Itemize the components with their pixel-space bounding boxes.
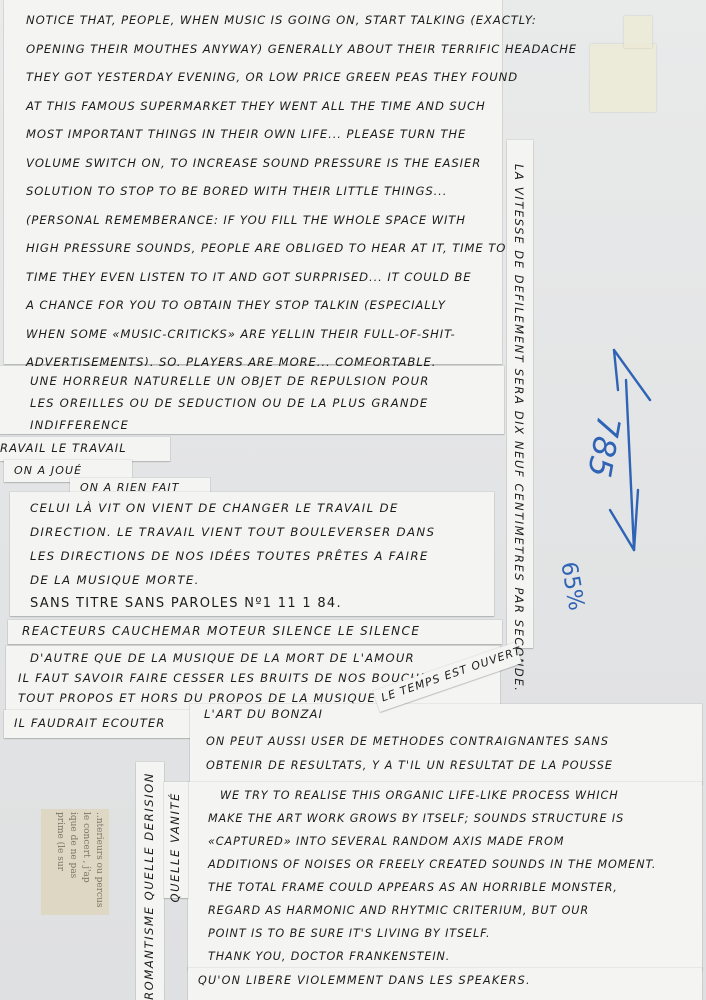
clipping-line: ique de ne pas: [66, 812, 79, 912]
text-line: les oreilles ou de seduction ou de la pl…: [30, 392, 430, 414]
tape-piece: [590, 44, 656, 112]
text-line: On peut aussi user de methodes contraign…: [206, 730, 613, 754]
speakers-text: Qu'on libere violemment dans les speaker…: [198, 974, 531, 987]
text-line: at this famous supermarket they went all…: [26, 92, 577, 121]
horreur-strip: Une horreur naturelle un objet de repuls…: [0, 366, 504, 434]
text-line: when some «music-criticks» are yellin th…: [26, 320, 577, 349]
faudrait-text: il faudrait ecouter: [14, 716, 165, 730]
annotation-percent: 65%: [555, 560, 588, 613]
main-text-strip: Notice that, people, when music is going…: [4, 0, 502, 364]
text-line: We try to realise this organic life-like…: [208, 784, 656, 807]
clipping-line: ..nterieurs ou percus: [92, 812, 105, 912]
text-line: most important things in their own life.…: [26, 120, 577, 149]
sans-titre-line: Sans titre sans paroles Nº1 11 1 84.: [30, 592, 435, 616]
travail-text: ravail le travail: [0, 441, 127, 455]
peut-text: On peut aussi user de methodes contraign…: [206, 730, 613, 778]
text-line: volume switch on, to increase sound pres…: [26, 149, 577, 178]
text-line: solution to stop to be bored with their …: [26, 177, 577, 206]
bonzai-text: L'art du bonzai: [204, 707, 323, 721]
travail-strip: ravail le travail: [0, 437, 170, 461]
text-line: point is to be sure it's living by itsel…: [208, 922, 656, 945]
text-line: Thank you, Doctor Frankenstein.: [208, 945, 656, 968]
reacteurs-strip: Reacteurs cauchemar moteur silence le si…: [8, 620, 502, 644]
text-line: de la musique morte.: [30, 568, 435, 592]
text-line: regard as harmonic and rhytmic criterium…: [208, 899, 656, 922]
speakers-strip: Qu'on libere violemment dans les speaker…: [188, 968, 702, 1000]
text-line: time they even listen to it and got surp…: [26, 263, 577, 292]
joue-text: on a joué: [14, 464, 82, 477]
text-line: obtenir de resultats, y a t'il un result…: [206, 754, 613, 778]
celui-text: Celui là vit on vient de changer le trav…: [30, 496, 435, 616]
celui-strip: Celui là vit on vient de changer le trav…: [10, 492, 494, 616]
romantisme-strip: Romantisme quelle derision: [136, 762, 164, 1000]
text-line: les directions de nos idées toutes prête…: [30, 544, 435, 568]
text-line: Une horreur naturelle un objet de repuls…: [30, 370, 430, 392]
reacteurs-text: Reacteurs cauchemar moteur silence le si…: [22, 624, 420, 638]
vanite-strip: quelle vanité: [164, 782, 188, 898]
vertical-strip-right: La vitesse de defilement sera dix neuf c…: [507, 140, 533, 648]
text-line: il faut savoir faire cesser les bruits d…: [18, 668, 451, 688]
text-line: a chance for you to obtain they stop tal…: [26, 291, 577, 320]
organic-strip: We try to realise this organic life-like…: [188, 782, 702, 970]
text-line: they got yesterday evening, or low price…: [26, 63, 577, 92]
text-line: Notice that, people, when music is going…: [26, 6, 577, 35]
text-line: (personal rememberance: if you fill the …: [26, 206, 577, 235]
text-line: Celui là vit on vient de changer le trav…: [30, 496, 435, 520]
clipping-line: prime (le sur: [53, 812, 66, 912]
clipping-line: le concert , j'ap: [79, 812, 92, 912]
tape-piece: [624, 16, 652, 48]
vertical-text-speed: La vitesse de defilement sera dix neuf c…: [512, 164, 526, 693]
bonzai-strip: L'art du bonzai On peut aussi user de me…: [190, 704, 702, 784]
newspaper-clipping: ..nterieurs ou percus le concert , j'ap …: [41, 809, 109, 915]
text-line: indifference: [30, 414, 430, 436]
horreur-text: Une horreur naturelle un objet de repuls…: [30, 370, 430, 436]
vertical-text-vanite: quelle vanité: [168, 792, 182, 903]
text-line: high pressure sounds, people are obliged…: [26, 234, 577, 263]
vertical-text-romantisme: Romantisme quelle derision: [142, 772, 156, 1000]
text-line: make the art work grows by itself; sound…: [208, 807, 656, 830]
faudrait-strip: il faudrait ecouter: [4, 710, 200, 738]
text-line: direction. Le travail vient tout bouleve…: [30, 520, 435, 544]
text-line: «captured» into several random axis made…: [208, 830, 656, 853]
text-line: d'autre que de la musique de la mort de …: [18, 648, 451, 668]
organic-text: We try to realise this organic life-like…: [208, 784, 656, 968]
collage-board: Notice that, people, when music is going…: [0, 0, 706, 1000]
text-line: The total frame could appears as an horr…: [208, 876, 656, 899]
text-line: opening their mouthes anyway) generally …: [26, 35, 577, 64]
text-line: additions of noises or freely created so…: [208, 853, 656, 876]
